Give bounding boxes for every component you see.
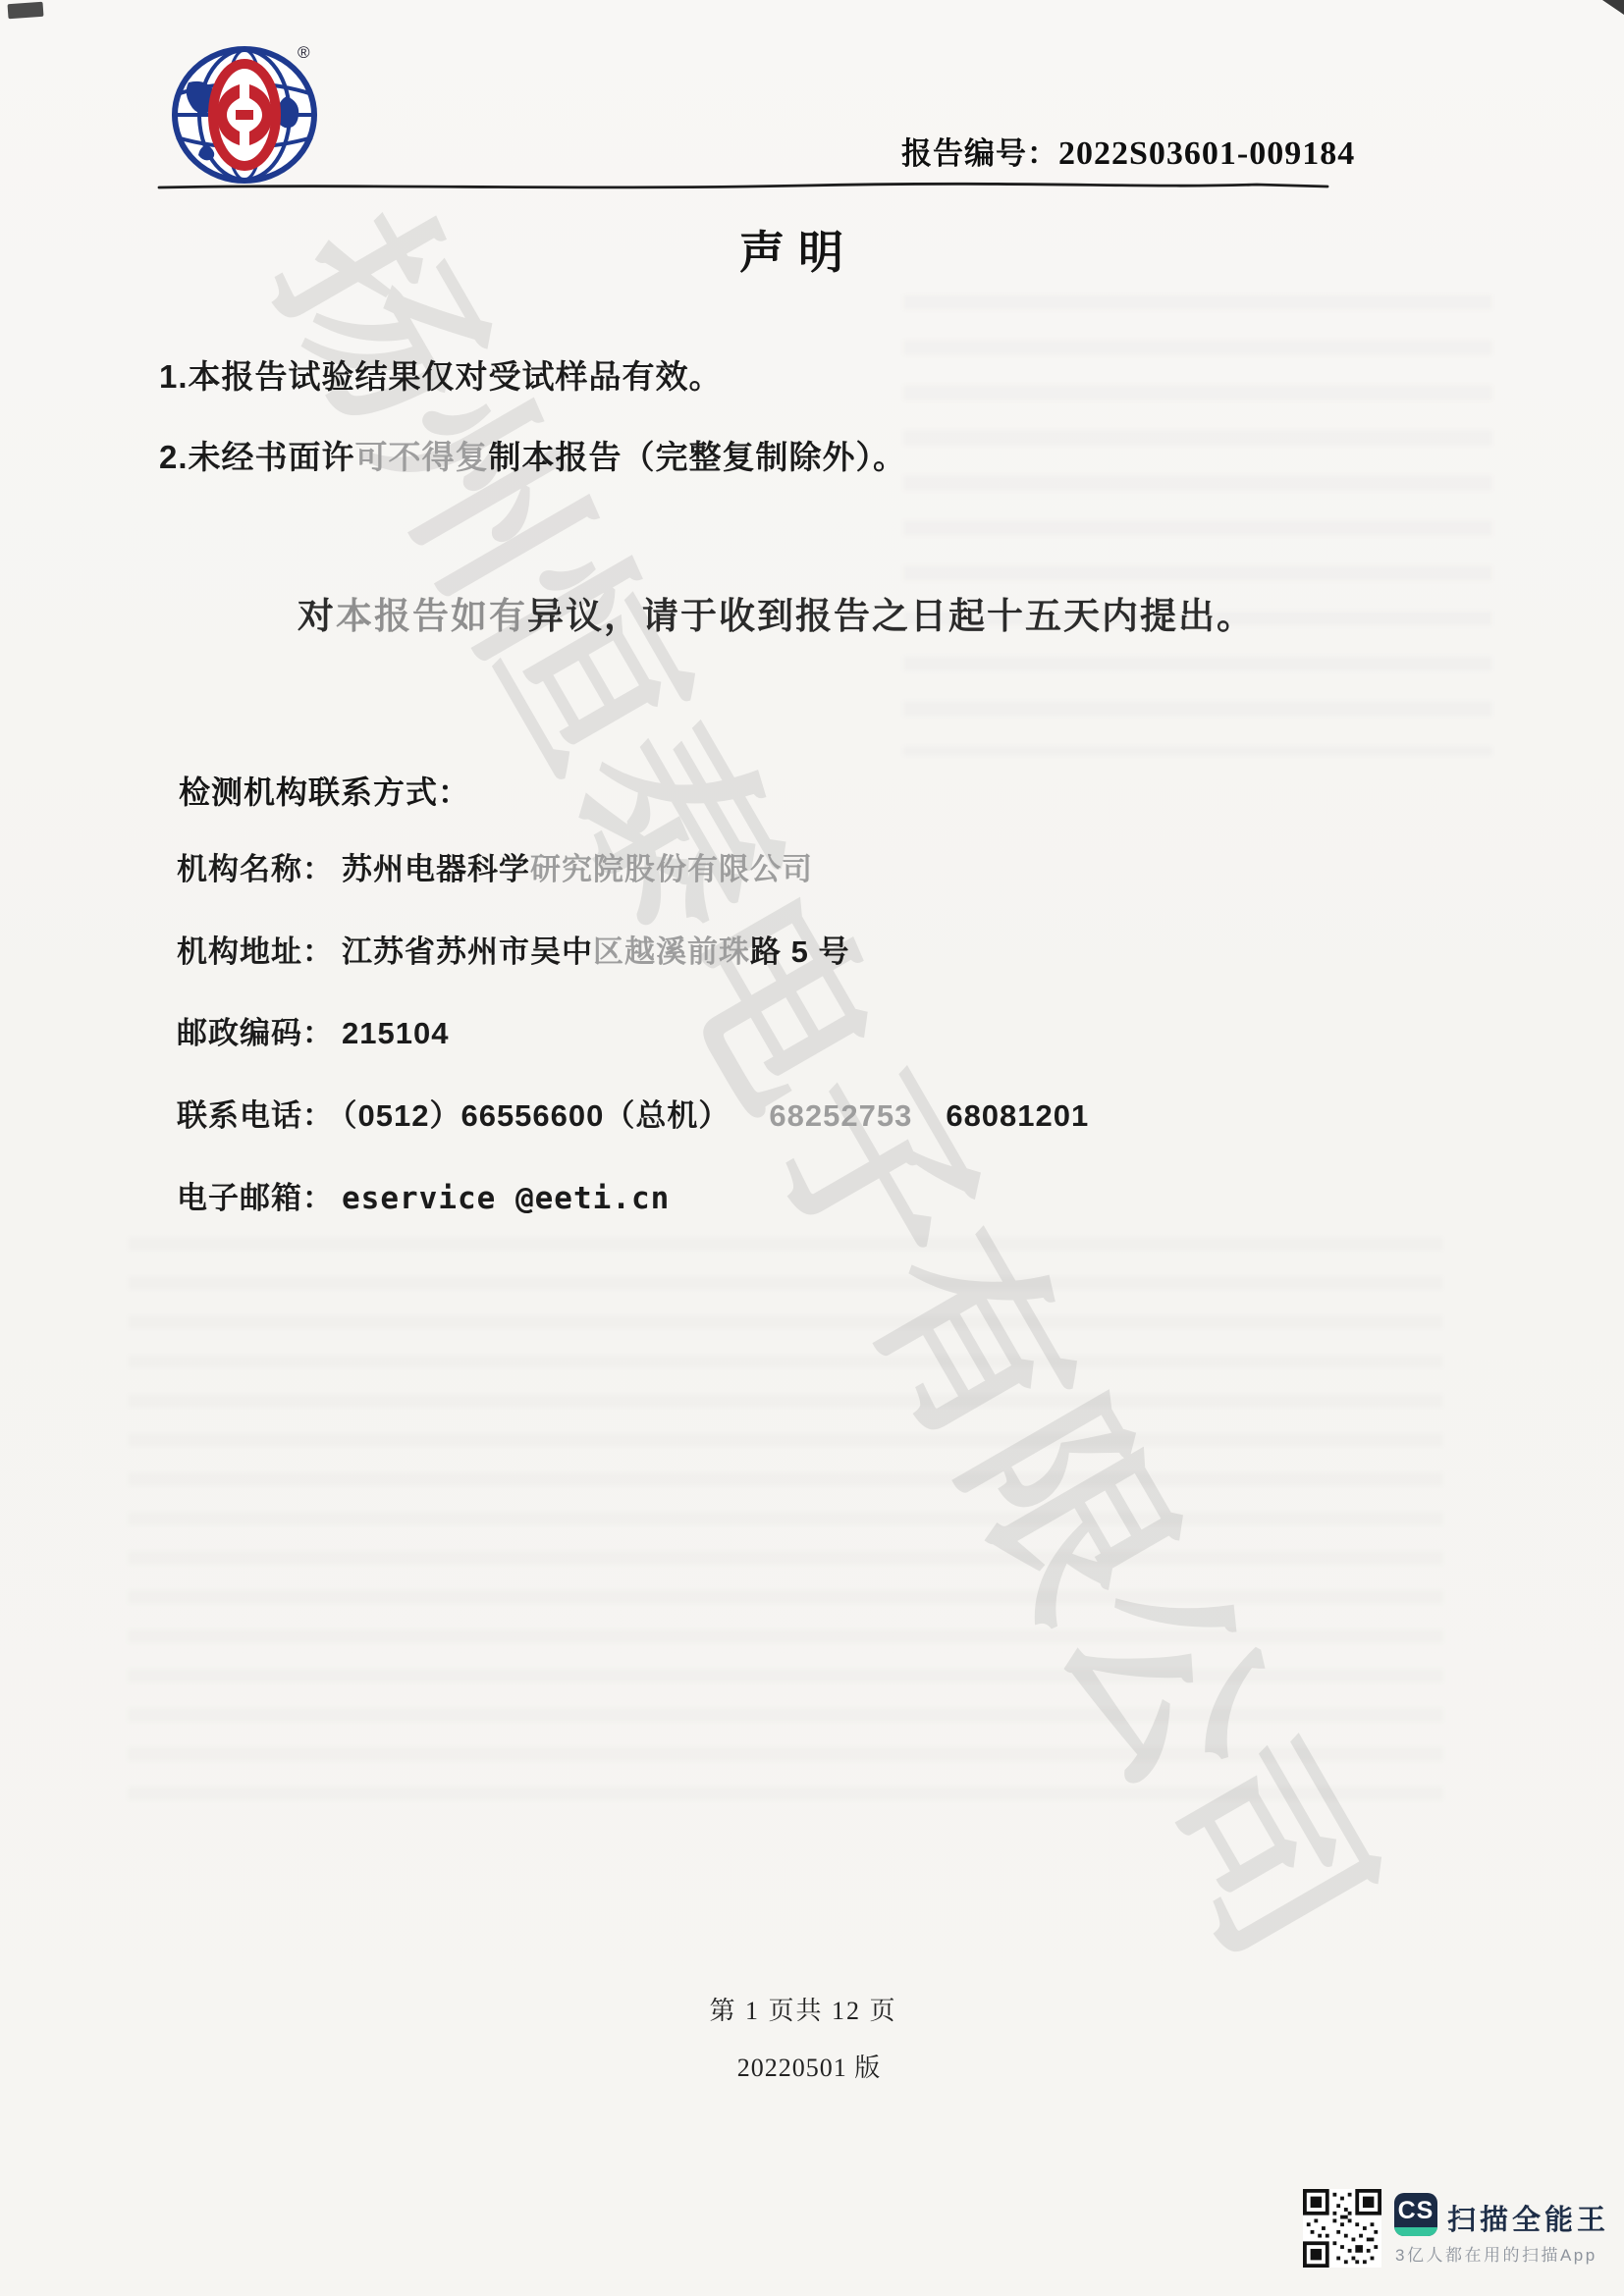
footer-version: 20220501 版 bbox=[0, 2048, 1618, 2084]
scanned-report-page: 扬州恒泰电子有限公司 ® 报告编号：2022S03601-009184 bbox=[0, 0, 1624, 2296]
camscanner-app-icon: CS bbox=[1394, 2193, 1437, 2236]
contact-row-telephone: 联系电话：（0512）66556600（总机）6825275368081201 bbox=[177, 1091, 1089, 1135]
camscanner-initials: CS bbox=[1394, 2193, 1437, 2229]
contact-row-postal-code: 邮政编码：215104 bbox=[177, 1008, 449, 1052]
registered-trademark-symbol: ® bbox=[298, 43, 310, 63]
scan-artifact-top-right bbox=[1602, 0, 1624, 15]
report-number-value: 2022S03601-009184 bbox=[1058, 135, 1355, 172]
notice-faded-segment: 本报告如有 bbox=[336, 597, 527, 637]
globe-logo bbox=[171, 43, 318, 187]
org-address-faded-segment: 区越溪前珠 bbox=[593, 934, 750, 969]
contact-section-heading: 检测机构联系方式： bbox=[179, 768, 470, 813]
contact-row-org-name: 机构名称：苏州电器科学研究院股份有限公司 bbox=[177, 844, 813, 888]
postal-code-label: 邮政编码： bbox=[177, 1016, 334, 1050]
scan-artifact-top-left bbox=[8, 2, 44, 19]
statement-2-segment: 制本报告（完整复制除外）。 bbox=[489, 439, 907, 475]
report-number-label: 报告编号： bbox=[901, 136, 1058, 171]
camscanner-app-name: 扫描全能王 bbox=[1447, 2198, 1609, 2238]
page-title: 声明 bbox=[0, 217, 1597, 282]
contact-row-org-address: 机构地址：江苏省苏州市吴中区越溪前珠路 5 号 bbox=[177, 927, 849, 971]
telephone-faded-number: 68252753 bbox=[769, 1098, 912, 1133]
email-value: eservice @eeti.cn bbox=[342, 1181, 670, 1216]
objection-notice: 对本报告如有异议，请于收到报告之日起十五天内提出。 bbox=[298, 586, 1255, 639]
org-address-value: 江苏省苏州市吴中 bbox=[342, 934, 593, 969]
header-divider bbox=[157, 179, 1331, 196]
statement-2-faded-segment: 可不得复 bbox=[355, 439, 489, 475]
email-label: 电子邮箱： bbox=[177, 1181, 334, 1215]
org-name-faded-segment: 研究院股份有限公司 bbox=[530, 852, 813, 886]
org-name-value: 苏州电器科学 bbox=[342, 852, 530, 886]
telephone-extra-number: 68081201 bbox=[946, 1098, 1089, 1133]
telephone-main-number: （0512）66556600（总机） bbox=[342, 1098, 730, 1133]
statement-2-segment: 2.未经书面许 bbox=[159, 439, 355, 475]
org-address-value: 路 5 号 bbox=[750, 934, 849, 969]
qr-code bbox=[1303, 2189, 1381, 2268]
org-address-label: 机构地址： bbox=[177, 934, 334, 969]
postal-code-value: 215104 bbox=[342, 1016, 449, 1050]
camscanner-tagline: 3亿人都在用的扫描App bbox=[1395, 2241, 1597, 2266]
camscanner-icon-teal-bar bbox=[1394, 2227, 1437, 2236]
statement-item-2: 2.未经书面许可不得复制本报告（完整复制除外）。 bbox=[159, 432, 906, 478]
footer-page-number: 第 1 页共 12 页 bbox=[0, 1991, 1606, 2027]
statement-item-1: 1.本报告试验结果仅对受试样品有效。 bbox=[159, 351, 723, 398]
notice-segment: 对 bbox=[298, 597, 336, 637]
telephone-label: 联系电话： bbox=[177, 1098, 334, 1133]
scan-ghosting-artifact bbox=[128, 1237, 1443, 1826]
contact-row-email: 电子邮箱：eservice @eeti.cn bbox=[177, 1173, 670, 1217]
org-name-label: 机构名称： bbox=[177, 852, 334, 886]
notice-segment: 异议，请于收到报告之日起十五天内提出。 bbox=[527, 597, 1255, 637]
scan-ghosting-artifact bbox=[903, 294, 1492, 756]
report-number-line: 报告编号：2022S03601-009184 bbox=[901, 129, 1355, 173]
